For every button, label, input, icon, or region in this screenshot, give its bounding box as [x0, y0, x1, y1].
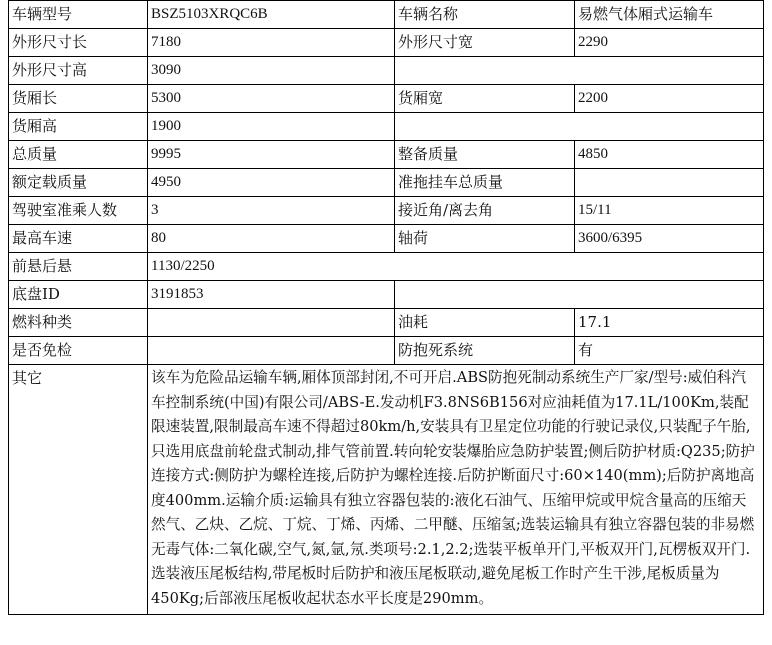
- label-overhang: 前悬后悬: [9, 253, 148, 281]
- label-total-mass: 总质量: [9, 141, 148, 169]
- value-height: 3090: [148, 57, 395, 85]
- table-row: 货厢高 1900: [9, 113, 764, 141]
- value-trailer-mass: [575, 169, 764, 197]
- value-length: 7180: [148, 29, 395, 57]
- table-row: 总质量 9995 整备质量 4850: [9, 141, 764, 169]
- table-row: 前悬后悬 1130/2250: [9, 253, 764, 281]
- value-other-notes: 该车为危险品运输车辆,厢体顶部封闭,不可开启.ABS防抱死制动系统生产厂家/型号…: [148, 365, 764, 615]
- value-width: 2290: [575, 29, 764, 57]
- value-axle-load: 3600/6395: [575, 225, 764, 253]
- label-rated-load: 额定载质量: [9, 169, 148, 197]
- value-abs: 有: [575, 337, 764, 365]
- label-length: 外形尺寸长: [9, 29, 148, 57]
- value-total-mass: 9995: [148, 141, 395, 169]
- table-row: 额定载质量 4950 准拖挂车总质量: [9, 169, 764, 197]
- empty-cell: [395, 113, 764, 141]
- label-width: 外形尺寸宽: [395, 29, 575, 57]
- empty-cell: [395, 57, 764, 85]
- table-row: 其它 该车为危险品运输车辆,厢体顶部封闭,不可开启.ABS防抱死制动系统生产厂家…: [9, 365, 764, 615]
- value-model: BSZ5103XRQC6B: [148, 1, 395, 29]
- value-cargo-height: 1900: [148, 113, 395, 141]
- label-axle-load: 轴荷: [395, 225, 575, 253]
- label-fuel-consumption: 油耗: [395, 309, 575, 337]
- label-trailer-mass: 准拖挂车总质量: [395, 169, 575, 197]
- label-approach-departure-angle: 接近角/离去角: [395, 197, 575, 225]
- label-cargo-height: 货厢高: [9, 113, 148, 141]
- label-chassis-id: 底盘ID: [9, 281, 148, 309]
- table-row: 燃料种类 油耗 17.1: [9, 309, 764, 337]
- value-cargo-width: 2200: [575, 85, 764, 113]
- table-row: 车辆型号 BSZ5103XRQC6B 车辆名称 易燃气体厢式运输车: [9, 1, 764, 29]
- table-row: 货厢长 5300 货厢宽 2200: [9, 85, 764, 113]
- label-cargo-width: 货厢宽: [395, 85, 575, 113]
- label-cargo-length: 货厢长: [9, 85, 148, 113]
- label-height: 外形尺寸高: [9, 57, 148, 85]
- value-chassis-id: 3191853: [148, 281, 395, 309]
- label-cab-seats: 驾驶室准乘人数: [9, 197, 148, 225]
- value-fuel-consumption: 17.1: [575, 309, 764, 337]
- empty-cell: [395, 281, 764, 309]
- label-other: 其它: [9, 365, 148, 615]
- vehicle-spec-table: 车辆型号 BSZ5103XRQC6B 车辆名称 易燃气体厢式运输车 外形尺寸长 …: [8, 0, 764, 615]
- label-max-speed: 最高车速: [9, 225, 148, 253]
- value-rated-load: 4950: [148, 169, 395, 197]
- table-row: 最高车速 80 轴荷 3600/6395: [9, 225, 764, 253]
- table-row: 底盘ID 3191853: [9, 281, 764, 309]
- label-vehicle-name: 车辆名称: [395, 1, 575, 29]
- label-fuel-type: 燃料种类: [9, 309, 148, 337]
- value-fuel-type: [148, 309, 395, 337]
- label-inspection-exempt: 是否免检: [9, 337, 148, 365]
- table-row: 外形尺寸高 3090: [9, 57, 764, 85]
- value-inspection-exempt: [148, 337, 395, 365]
- value-max-speed: 80: [148, 225, 395, 253]
- value-cargo-length: 5300: [148, 85, 395, 113]
- value-approach-departure-angle: 15/11: [575, 197, 764, 225]
- value-cab-seats: 3: [148, 197, 395, 225]
- label-model: 车辆型号: [9, 1, 148, 29]
- value-vehicle-name: 易燃气体厢式运输车: [575, 1, 764, 29]
- table-row: 是否免检 防抱死系统 有: [9, 337, 764, 365]
- value-curb-mass: 4850: [575, 141, 764, 169]
- value-overhang: 1130/2250: [148, 253, 764, 281]
- label-abs: 防抱死系统: [395, 337, 575, 365]
- table-row: 外形尺寸长 7180 外形尺寸宽 2290: [9, 29, 764, 57]
- label-curb-mass: 整备质量: [395, 141, 575, 169]
- table-row: 驾驶室准乘人数 3 接近角/离去角 15/11: [9, 197, 764, 225]
